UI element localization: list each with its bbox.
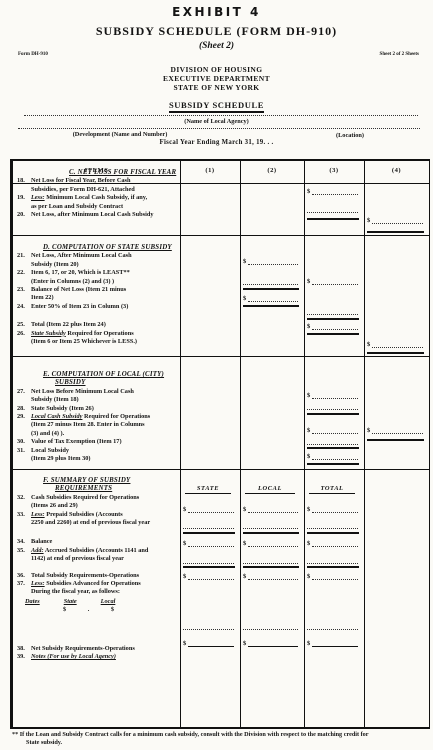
sum-rule bbox=[307, 447, 359, 449]
column-divider bbox=[240, 161, 241, 727]
blank-amount-line bbox=[243, 623, 298, 630]
section-heading-line: C. NET LOSS FOR FISCAL YEAR bbox=[69, 169, 177, 177]
item-number: 28. bbox=[17, 405, 25, 413]
sum-rule bbox=[307, 532, 359, 534]
item-number: 32. bbox=[17, 494, 25, 502]
dollar-sign: $ bbox=[307, 427, 310, 434]
blank-amount-line bbox=[243, 557, 298, 564]
sum-rule bbox=[307, 413, 359, 415]
form-item-24: 24.Enter 50% of Item 23 in Column (3) bbox=[17, 303, 177, 311]
item-number: 38. bbox=[17, 645, 25, 653]
dollar-sign: $ bbox=[243, 295, 246, 302]
column-header: (4) bbox=[364, 167, 429, 174]
item-number: 26. bbox=[17, 330, 25, 338]
section-heading-line: D. COMPUTATION OF STATE SUBSIDY bbox=[43, 244, 177, 252]
dollar-sign: $ bbox=[307, 278, 310, 285]
item-text-line: Subsidy (Item 18) bbox=[31, 396, 177, 404]
form-item-23: 23.Balance of Net Loss (Item 21 minusIte… bbox=[17, 286, 177, 303]
row-divider bbox=[13, 235, 429, 236]
section-heading-line: E. COMPUTATION OF LOCAL (CITY) bbox=[43, 371, 177, 379]
dollar-sign: $ bbox=[367, 427, 370, 434]
advance-amount-row: $ . $ bbox=[23, 606, 177, 614]
blank-amount-field: $ bbox=[307, 453, 358, 460]
department-line: EXECUTIVE DEPARTMENT bbox=[0, 74, 433, 83]
form-item-33: 33.Less: Prepaid Subsidies (Accounts2250… bbox=[17, 511, 177, 528]
sum-rule bbox=[243, 305, 299, 307]
item-text-line: Item 22) bbox=[31, 294, 177, 302]
column-divider bbox=[180, 161, 181, 727]
form-item-20: 20.Net Loss, after Minimum Local Cash Su… bbox=[17, 211, 177, 219]
form-item-22: 22.Item 6, 17, or 20, Which is LEAST**(E… bbox=[17, 269, 177, 286]
item-text: Notes (For use by Local Agency) bbox=[31, 653, 177, 661]
item-text-line: Subsidies, per Form DH-621, Attached bbox=[31, 186, 177, 194]
sum-rule bbox=[367, 231, 424, 233]
blank-amount-field: $ bbox=[307, 323, 358, 330]
column-header: (2) bbox=[240, 167, 304, 174]
item-number: 22. bbox=[17, 269, 25, 277]
dollar-sign: $ bbox=[307, 188, 310, 195]
blank-amount-line bbox=[307, 403, 358, 410]
summary-column-header: TOTAL bbox=[309, 485, 355, 494]
form-number: Form DH-910 bbox=[18, 52, 48, 57]
agency-name-label: (Name of Local Agency) bbox=[0, 118, 433, 125]
section-heading-line: F. SUMMARY OF SUBSIDY bbox=[43, 477, 177, 485]
blank-amount-field: $ bbox=[307, 573, 358, 580]
form-item-37: 37.Less: Subsidies Advanced for Operatio… bbox=[17, 580, 177, 597]
form-title: SUBSIDY SCHEDULE (FORM DH-910) bbox=[0, 24, 433, 39]
item-number: 39. bbox=[17, 653, 25, 661]
sum-rule bbox=[307, 463, 359, 465]
form-item-21: 21.Net Loss, After Minimum Local CashSub… bbox=[17, 252, 177, 269]
item-text: Local Cash Subsidy Required for Operatio… bbox=[31, 413, 177, 421]
item-text: Local Subsidy bbox=[31, 447, 177, 455]
form-item-39: 39.Notes (For use by Local Agency) bbox=[17, 653, 177, 661]
schedule-heading: SUBSIDY SCHEDULE bbox=[0, 95, 433, 113]
section-C: C. NET LOSS FOR FISCAL YEAR18.Net Loss f… bbox=[17, 169, 177, 219]
blank-amount-field: $ bbox=[183, 573, 234, 580]
department-line: DIVISION OF HOUSING bbox=[0, 65, 433, 74]
blank-amount-line bbox=[243, 522, 298, 529]
item-number: 19. bbox=[17, 194, 25, 202]
form-item-29: 29.Local Cash Subsidy Required for Opera… bbox=[17, 413, 177, 438]
dollar-sign: $ bbox=[307, 453, 310, 460]
item-text-line: (Item 29 plus Item 30) bbox=[31, 455, 177, 463]
item-number: 34. bbox=[17, 538, 25, 546]
item-text-line: Subsidy (Item 20) bbox=[31, 261, 177, 269]
blank-amount-field: $ bbox=[367, 217, 423, 224]
item-number: 35. bbox=[17, 547, 25, 555]
form-item-31: 31.Local Subsidy(Item 29 plus Item 30) bbox=[17, 447, 177, 464]
dollar-sign: $ bbox=[307, 573, 310, 580]
blank-amount-field: $ bbox=[243, 258, 298, 265]
blank-amount-field: $ bbox=[307, 278, 358, 285]
item-text: Enter 50% of Item 23 in Column (3) bbox=[31, 303, 177, 311]
item-lead: Add: bbox=[31, 547, 44, 554]
item-number: 37. bbox=[17, 580, 25, 588]
item-number: 18. bbox=[17, 177, 25, 185]
item-number: 24. bbox=[17, 303, 25, 311]
item-number: 36. bbox=[17, 572, 25, 580]
item-text-line: (Item 6 or Item 25 Whichever is LESS.) bbox=[31, 338, 177, 346]
item-number: 30. bbox=[17, 438, 25, 446]
item-number: 21. bbox=[17, 252, 25, 260]
item-lead: Local Cash Subsidy bbox=[31, 413, 82, 420]
subsidy-schedule-table: ITEMS(1)(2)(3)(4)STATELOCALTOTALC. NET L… bbox=[10, 159, 430, 729]
section-heading: E. COMPUTATION OF LOCAL (CITY)SUBSIDY bbox=[43, 371, 177, 388]
sum-rule bbox=[243, 566, 299, 568]
blank-amount-field: $ bbox=[307, 540, 358, 547]
section-heading: C. NET LOSS FOR FISCAL YEAR bbox=[69, 169, 177, 177]
item-text: Balance of Net Loss (Item 21 minus bbox=[31, 286, 177, 294]
dollar-sign: $ bbox=[307, 323, 310, 330]
dollar-sign: $ bbox=[183, 506, 186, 513]
item-number: 20. bbox=[17, 211, 25, 219]
dollar-sign: $ bbox=[243, 573, 246, 580]
blank-amount-field: $ bbox=[243, 640, 298, 647]
blank-amount-field: $ bbox=[307, 188, 358, 195]
dollar-sign: $ bbox=[243, 640, 246, 647]
agency-name-blank-line bbox=[24, 115, 418, 116]
item-number: 31. bbox=[17, 447, 25, 455]
blank-amount-line bbox=[183, 557, 234, 564]
form-item-38: 38.Net Subsidy Requirements-Operations bbox=[17, 645, 177, 653]
item-text: Balance bbox=[31, 538, 177, 546]
item-number: 27. bbox=[17, 388, 25, 396]
item-lead: Less: bbox=[31, 511, 45, 518]
blank-amount-field: $ bbox=[243, 540, 298, 547]
dollar-sign: $ bbox=[307, 392, 310, 399]
form-item-26: 26.State Subsidy Required for Operations… bbox=[17, 330, 177, 347]
advance-col-header: Local bbox=[101, 598, 116, 606]
item-text-line: (Item 27 minus Item 28. Enter in Columns bbox=[31, 421, 177, 429]
item-number: 33. bbox=[17, 511, 25, 519]
department-heading: DIVISION OF HOUSING EXECUTIVE DEPARTMENT… bbox=[0, 65, 433, 92]
blank-amount-field: $ bbox=[307, 640, 358, 647]
row-divider bbox=[13, 356, 429, 357]
exhibit-title: EXHIBIT 4 bbox=[0, 5, 433, 19]
item-text-line: (3) and (4) ). bbox=[31, 430, 177, 438]
blank-amount-field: $ bbox=[367, 427, 423, 434]
dollar-sign: $ bbox=[367, 341, 370, 348]
column-header: (1) bbox=[180, 167, 240, 174]
item-text-line: During the fiscal year, as follows: bbox=[31, 588, 177, 596]
row-divider bbox=[13, 469, 429, 470]
fiscal-year-line: Fiscal Year Ending March 31, 19. . . bbox=[0, 139, 433, 146]
sum-rule bbox=[367, 352, 424, 354]
item-text-line: 1142) at end of previous fiscal year bbox=[31, 555, 177, 563]
dollar-sign: $ bbox=[243, 258, 246, 265]
development-label: (Development (Name and Number) bbox=[30, 131, 210, 138]
item-number: 25. bbox=[17, 321, 25, 329]
item-number: 29. bbox=[17, 413, 25, 421]
blank-amount-field: $ bbox=[183, 640, 234, 647]
sum-rule bbox=[183, 532, 235, 534]
blank-amount-field: $ bbox=[183, 506, 234, 513]
blank-amount-line bbox=[307, 308, 358, 315]
dollar-sign: $ bbox=[307, 506, 310, 513]
section-D: D. COMPUTATION OF STATE SUBSIDY21.Net Lo… bbox=[17, 244, 177, 346]
section-heading: F. SUMMARY OF SUBSIDYREQUIREMENTS bbox=[43, 477, 177, 494]
item-text: Total (Item 22 plus Item 24) bbox=[31, 321, 177, 329]
item-text-line: (Items 26 and 29) bbox=[31, 502, 177, 510]
item-text: Total Subsidy Requirements-Operations bbox=[31, 572, 177, 580]
item-text: Value of Tax Exemption (Item 17) bbox=[31, 438, 177, 446]
sum-rule bbox=[307, 566, 359, 568]
blank-amount-field: $ bbox=[243, 573, 298, 580]
blank-amount-field: $ bbox=[183, 540, 234, 547]
form-item-28: 28.State Subsidy (Item 26) bbox=[17, 405, 177, 413]
item-lead: Less: bbox=[31, 194, 45, 201]
column-header: (3) bbox=[304, 167, 364, 174]
sum-rule bbox=[183, 566, 235, 568]
column-divider bbox=[364, 161, 365, 727]
blank-amount-field: $ bbox=[243, 506, 298, 513]
item-text: Item 6, 17, or 20, Which is LEAST** bbox=[31, 269, 177, 277]
advance-col-header: Dates bbox=[25, 598, 40, 606]
blank-amount-line bbox=[183, 522, 234, 529]
dollar-sign: $ bbox=[367, 217, 370, 224]
section-heading-line: SUBSIDY bbox=[55, 379, 177, 387]
form-item-27: 27.Net Loss Before Minimum Local CashSub… bbox=[17, 388, 177, 405]
summary-column-header: STATE bbox=[185, 485, 231, 494]
form-item-18: 18.Net Loss for Fiscal Year, Before Cash… bbox=[17, 177, 177, 194]
blank-amount-field: $ bbox=[307, 392, 358, 399]
development-blank-line bbox=[18, 128, 420, 129]
item-text: Add: Accrued Subsidies (Accounts 1141 an… bbox=[31, 547, 177, 555]
section-heading-line: REQUIREMENTS bbox=[55, 485, 177, 493]
dollar-sign: $ bbox=[307, 640, 310, 647]
item-text: Net Loss, after Minimum Local Cash Subsi… bbox=[31, 211, 177, 219]
section-E: E. COMPUTATION OF LOCAL (CITY)SUBSIDY27.… bbox=[17, 371, 177, 463]
item-text: Less: Minimum Local Cash Subsidy, if any… bbox=[31, 194, 177, 202]
item-text: State Subsidy Required for Operations bbox=[31, 330, 177, 338]
footnote: ** If the Loan and Subsidy Contract call… bbox=[12, 731, 424, 747]
section-heading: D. COMPUTATION OF STATE SUBSIDY bbox=[43, 244, 177, 252]
item-text: Cash Subsidies Required for Operations bbox=[31, 494, 177, 502]
item-number: 23. bbox=[17, 286, 25, 294]
blank-amount-field: $ bbox=[243, 295, 298, 302]
item-lead: Notes (For use by Local Agency) bbox=[31, 653, 116, 660]
advance-headers: DatesStateLocal bbox=[23, 598, 177, 606]
blank-amount-line bbox=[307, 522, 358, 529]
blank-amount-line bbox=[183, 623, 234, 630]
form-item-36: 36.Total Subsidy Requirements-Operations bbox=[17, 572, 177, 580]
summary-column-header: LOCAL bbox=[245, 485, 295, 494]
blank-amount-field: $ bbox=[307, 427, 358, 434]
blank-amount-line bbox=[243, 278, 298, 285]
sheet-note: Sheet 2 of 2 Sheets bbox=[380, 52, 419, 57]
sum-rule bbox=[367, 439, 424, 441]
sheet-subtitle: (Sheet 2) bbox=[0, 41, 433, 51]
dollar-sign: $ bbox=[183, 640, 186, 647]
item-text-line: (Enter in Columns (2) and (3) ) bbox=[31, 278, 177, 286]
sum-rule bbox=[243, 532, 299, 534]
sum-rule bbox=[307, 318, 359, 320]
form-item-34: 34.Balance bbox=[17, 538, 177, 546]
item-text: State Subsidy (Item 26) bbox=[31, 405, 177, 413]
form-item-32: 32.Cash Subsidies Required for Operation… bbox=[17, 494, 177, 511]
dollar-sign: $ bbox=[183, 540, 186, 547]
item-text: Net Loss Before Minimum Local Cash bbox=[31, 388, 177, 396]
blank-amount-field: $ bbox=[307, 506, 358, 513]
form-item-30: 30.Value of Tax Exemption (Item 17) bbox=[17, 438, 177, 446]
blank-amount-line bbox=[307, 206, 358, 213]
form-dh910-sheet2: EXHIBIT 4 SUBSIDY SCHEDULE (FORM DH-910)… bbox=[0, 0, 433, 750]
item-text: Less: Prepaid Subsidies (Accounts bbox=[31, 511, 177, 519]
blank-amount-line bbox=[307, 557, 358, 564]
section-F: F. SUMMARY OF SUBSIDYREQUIREMENTS32.Cash… bbox=[17, 477, 177, 662]
item-text-line: as per Loan and Subsidy Contract bbox=[31, 203, 177, 211]
sum-rule bbox=[243, 288, 299, 290]
department-line: STATE OF NEW YORK bbox=[0, 83, 433, 92]
dollar-sign: $ bbox=[243, 506, 246, 513]
form-item-35: 35.Add: Accrued Subsidies (Accounts 1141… bbox=[17, 547, 177, 564]
sum-rule bbox=[307, 218, 359, 220]
item-text: Net Subsidy Requirements-Operations bbox=[31, 645, 177, 653]
location-label: (Location) bbox=[300, 132, 400, 139]
dollar-sign: $ bbox=[243, 540, 246, 547]
form-item-19: 19.Less: Minimum Local Cash Subsidy, if … bbox=[17, 194, 177, 211]
advance-subsidy-block: DatesStateLocal$ . $ bbox=[17, 598, 177, 615]
item-text: Net Loss for Fiscal Year, Before Cash bbox=[31, 177, 177, 185]
blank-amount-line bbox=[307, 623, 358, 630]
item-lead: Less: bbox=[31, 580, 45, 587]
sum-rule bbox=[307, 333, 359, 335]
item-lead: State Subsidy bbox=[31, 330, 66, 337]
advance-col-header: State bbox=[64, 598, 77, 606]
dollar-sign: $ bbox=[183, 573, 186, 580]
blank-amount-field: $ bbox=[367, 341, 423, 348]
dollar-sign: $ bbox=[307, 540, 310, 547]
form-item-25: 25.Total (Item 22 plus Item 24) bbox=[17, 321, 177, 329]
item-text: Less: Subsidies Advanced for Operations bbox=[31, 580, 177, 588]
column-divider bbox=[304, 161, 305, 727]
blank-amount-line bbox=[307, 438, 358, 445]
item-text: Net Loss, After Minimum Local Cash bbox=[31, 252, 177, 260]
item-text-line: 2250 and 2260) at end of previous fiscal… bbox=[31, 519, 177, 527]
